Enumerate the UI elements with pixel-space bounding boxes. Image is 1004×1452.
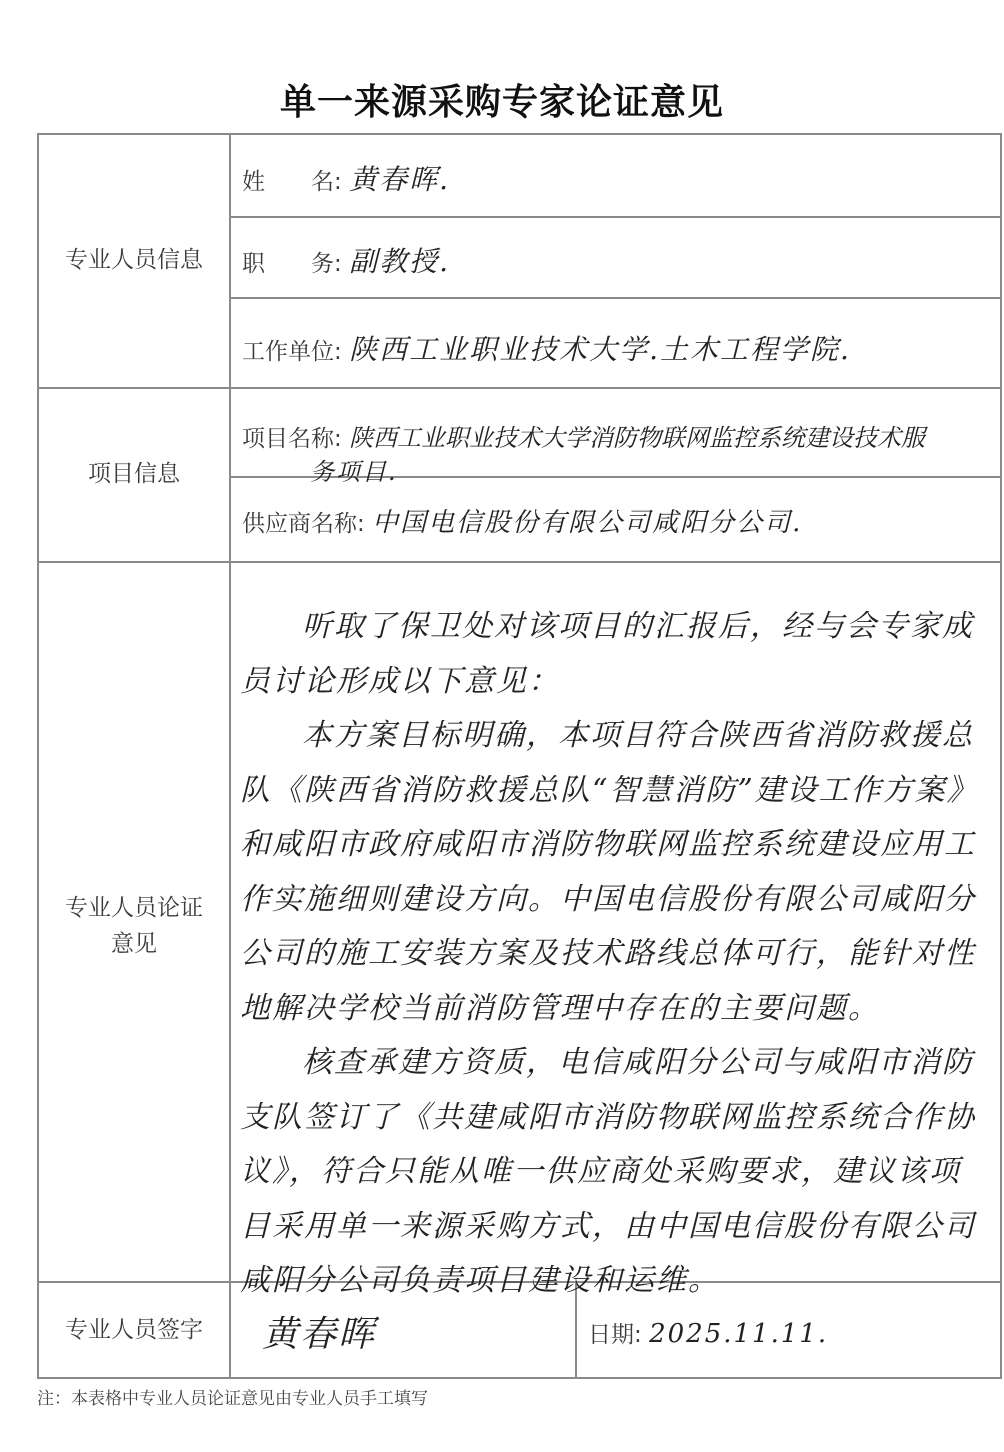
project-name-value-line1: 陕西工业职业技术大学消防物联网监控系统建设技术服 bbox=[349, 424, 925, 452]
date-value: 2025.11.11. bbox=[649, 1319, 828, 1349]
name-field: 姓 名: 黄春晖. bbox=[242, 158, 450, 198]
project-name-field: 项目名称: 陕西工业职业技术大学消防物联网监控系统建设技术服 bbox=[242, 418, 925, 453]
supplier-name-value: 中国电信股份有限公司咸阳分公司. bbox=[372, 508, 802, 538]
row-divider bbox=[37, 561, 1002, 563]
personnel-info-label: 专业人员信息 bbox=[39, 242, 229, 278]
row-divider bbox=[37, 387, 1002, 389]
name-label: 姓 名: bbox=[242, 169, 342, 195]
opinion-label-line1: 专业人员论证 bbox=[39, 890, 229, 926]
opinion-paragraph: 核查承建方资质，电信咸阳分公司与咸阳市消防支队签订了《共建咸阳市消防物联网监控系… bbox=[240, 1036, 980, 1309]
opinion-paragraph: 听取了保卫处对该项目的汇报后，经与会专家成员讨论形成以下意见： bbox=[240, 600, 980, 709]
signature-value: 黄春晖 bbox=[262, 1306, 376, 1357]
date-label: 日期: bbox=[588, 1322, 642, 1348]
supplier-name-field: 供应商名称: 中国电信股份有限公司咸阳分公司. bbox=[242, 502, 802, 539]
work-unit-value: 陕西工业职业技术大学.土木工程学院. bbox=[349, 333, 851, 366]
date-field: 日期: 2025.11.11. bbox=[588, 1316, 828, 1349]
opinion-label: 专业人员论证 意见 bbox=[39, 890, 229, 962]
name-value: 黄春晖. bbox=[349, 163, 450, 196]
row-divider bbox=[229, 297, 1002, 299]
signature-label: 专业人员签字 bbox=[39, 1312, 229, 1348]
project-info-label: 项目信息 bbox=[39, 456, 229, 492]
position-field: 职 务: 副教授. bbox=[242, 240, 450, 280]
opinion-label-line2: 意见 bbox=[39, 926, 229, 962]
position-value: 副教授. bbox=[349, 245, 450, 278]
work-unit-label: 工作单位: bbox=[242, 339, 342, 365]
row-divider bbox=[229, 216, 1002, 218]
project-name-label: 项目名称: bbox=[242, 426, 342, 452]
column-divider bbox=[229, 133, 231, 1379]
position-label: 职 务: bbox=[242, 251, 342, 277]
supplier-name-label: 供应商名称: bbox=[242, 511, 365, 537]
opinion-text: 听取了保卫处对该项目的汇报后，经与会专家成员讨论形成以下意见： 本方案目标明确，… bbox=[240, 600, 980, 1309]
project-name-value-line2: 务项目. bbox=[310, 452, 398, 487]
opinion-paragraph: 本方案目标明确，本项目符合陕西省消防救援总队《陕西省消防救援总队“智慧消防”建设… bbox=[240, 709, 980, 1036]
work-unit-field: 工作单位: 陕西工业职业技术大学.土木工程学院. bbox=[242, 328, 851, 368]
footnote: 注：本表格中专业人员论证意见由专业人员手工填写 bbox=[37, 1384, 428, 1409]
document-title: 单一来源采购专家论证意见 bbox=[0, 74, 1004, 125]
